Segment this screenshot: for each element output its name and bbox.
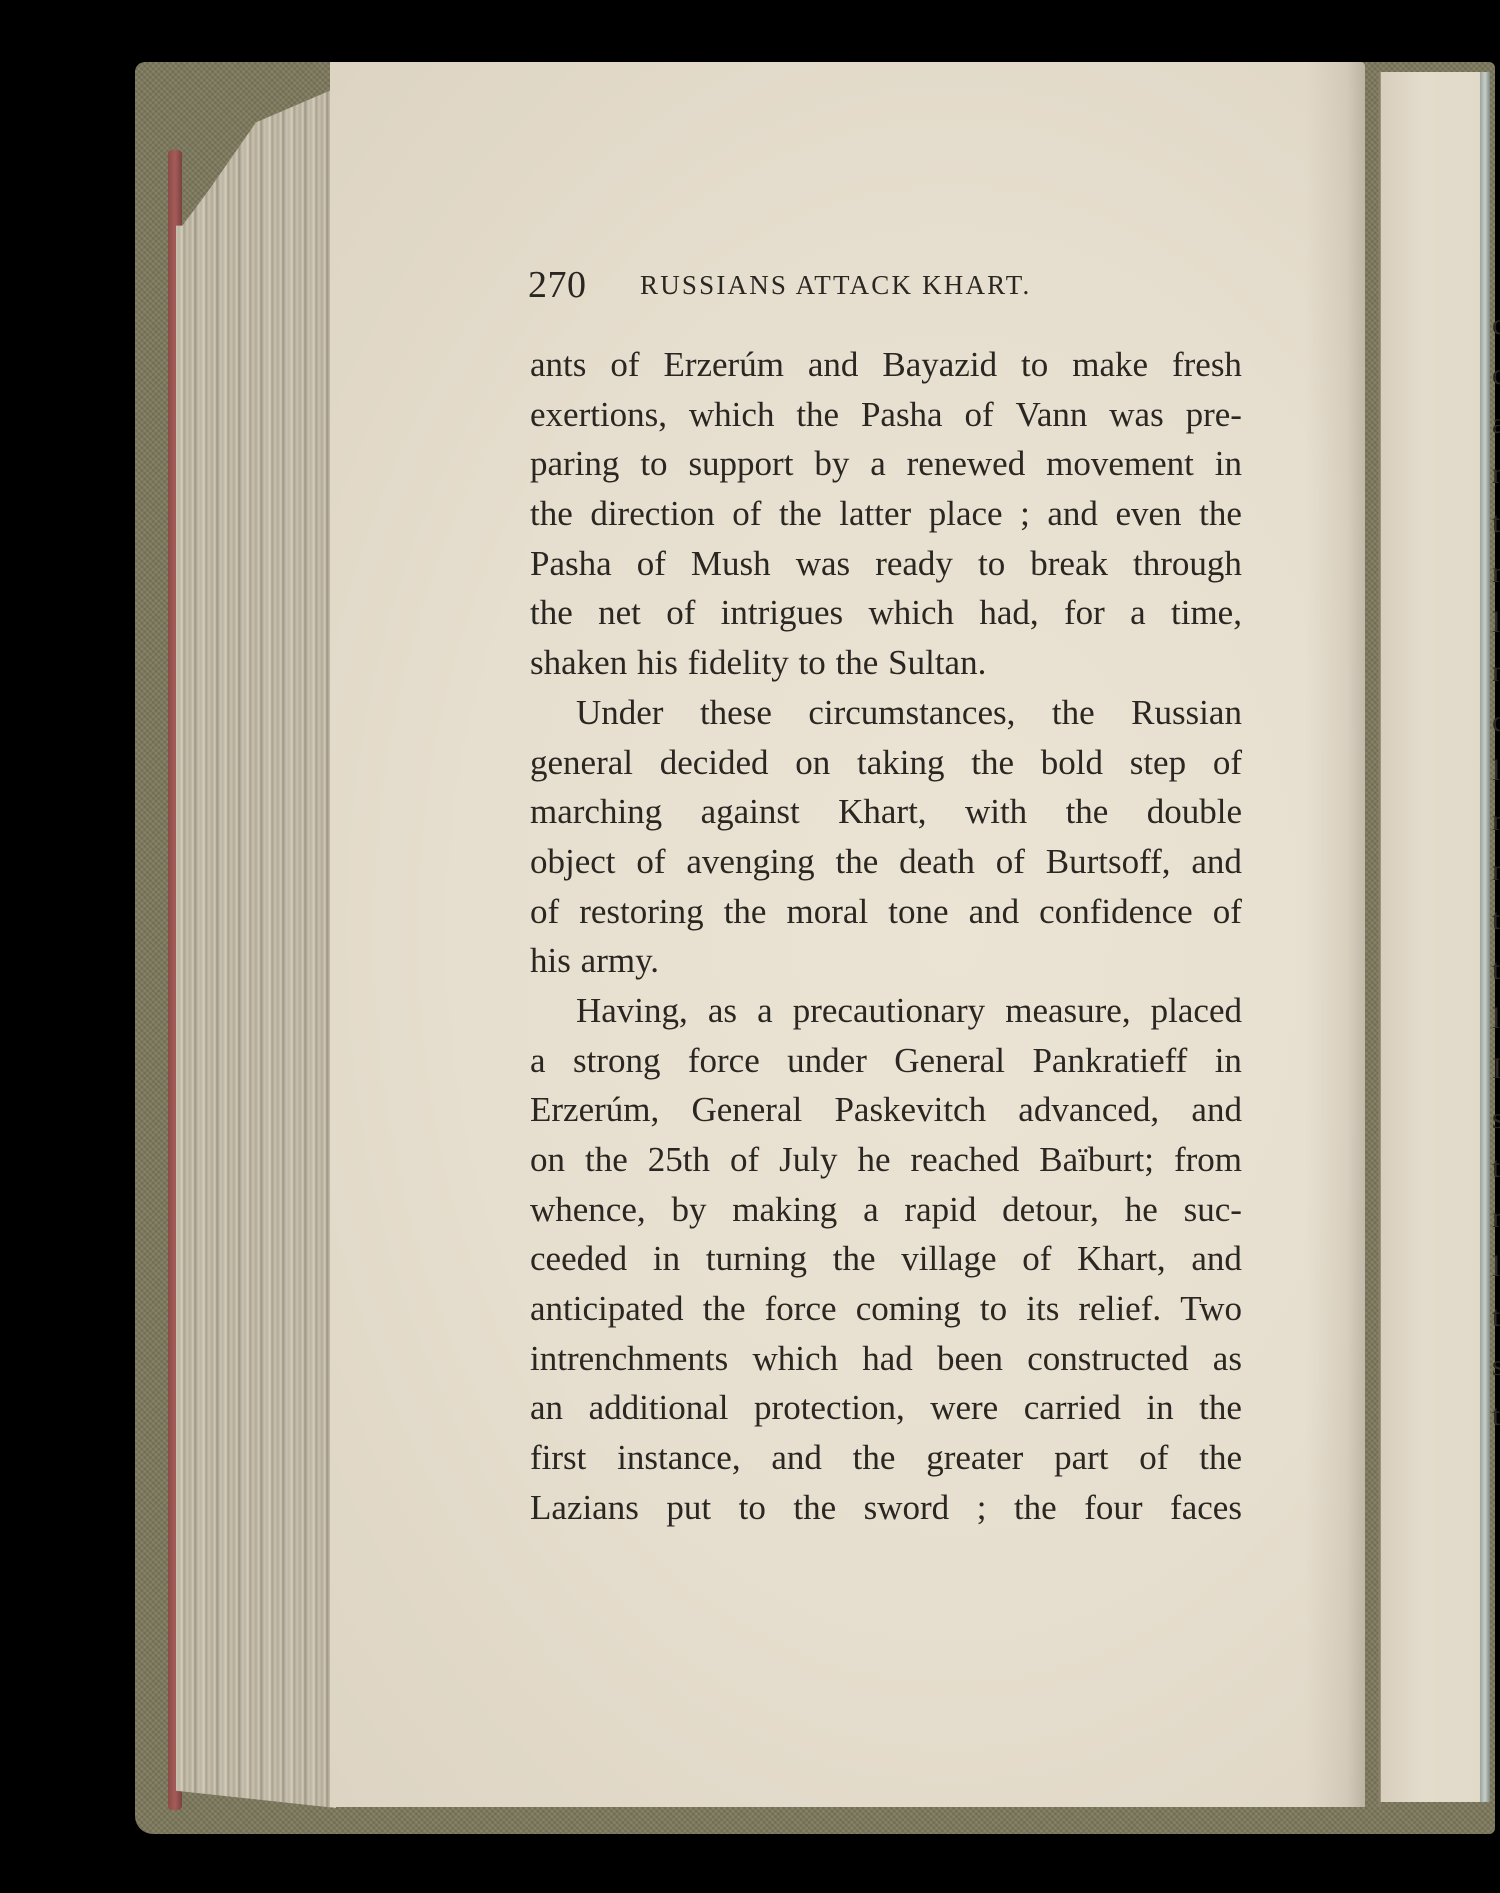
right-page-edge: [1480, 72, 1490, 1802]
text-line: antsofErzerúmandBayazidtomakefresh: [530, 340, 1242, 390]
text-line: shakenhisfidelitytotheSultan.: [530, 638, 1242, 688]
text-line: onthe25thofJulyhereachedBaïburt;from: [530, 1135, 1242, 1185]
paragraph: antsofErzerúmandBayazidtomakefreshexerti…: [530, 340, 1242, 688]
text-line: Erzerúm,GeneralPaskevitchadvanced,and: [530, 1085, 1242, 1135]
text-line: astrongforceunderGeneralPankratieffin: [530, 1036, 1242, 1086]
chapter-running-title: RUSSIANS ATTACK KHART.: [640, 270, 1031, 301]
text-line: thenetofintrigueswhichhad,foratime,: [530, 588, 1242, 638]
text-line: firstinstance,andthegreaterpartofthe: [530, 1433, 1242, 1483]
text-line: Underthesecircumstances,theRussian: [530, 688, 1242, 738]
text-line: exertions,whichthePashaofVannwaspre-: [530, 390, 1242, 440]
text-line: intrenchmentswhichhadbeenconstructedas: [530, 1334, 1242, 1384]
gutter-crease: [1378, 72, 1381, 1807]
gutter-shadow: [1305, 62, 1365, 1807]
right-page: [1380, 72, 1484, 1802]
text-line: whence,bymakingarapiddetour,hesuc-: [530, 1185, 1242, 1235]
text-line: anadditionalprotection,werecarriedinthe: [530, 1383, 1242, 1433]
text-line: ceededinturningthevillageofKhart,and: [530, 1234, 1242, 1284]
text-line: hisarmy.: [530, 936, 1242, 986]
text-line: paringtosupportbyarenewedmovementin: [530, 439, 1242, 489]
text-line: objectofavengingthedeathofBurtsoff,and: [530, 837, 1242, 887]
facing-page-text-fragments: c c a r t r l n c l r n t t l I s t r l …: [1492, 300, 1500, 1441]
text-line: Having,asaprecautionarymeasure,placed: [530, 986, 1242, 1036]
page-number: 270: [528, 263, 587, 307]
text-line: PashaofMushwasreadytobreakthrough: [530, 539, 1242, 589]
text-line: thedirectionofthelatterplace;andeventhe: [530, 489, 1242, 539]
text-line: anticipatedtheforcecomingtoitsrelief.Two: [530, 1284, 1242, 1334]
text-line: generaldecidedontakingtheboldstepof: [530, 738, 1242, 788]
paragraph: Having,asaprecautionarymeasure,placedast…: [530, 986, 1242, 1533]
text-line: ofrestoringthemoraltoneandconfidenceof: [530, 887, 1242, 937]
body-text: antsofErzerúmandBayazidtomakefreshexerti…: [530, 340, 1242, 1533]
page-block-edges: [176, 88, 336, 1808]
paragraph: Underthesecircumstances,theRussiangenera…: [530, 688, 1242, 986]
text-line: marchingagainstKhart,withthedouble: [530, 787, 1242, 837]
running-head: 270 RUSSIANS ATTACK KHART.: [528, 263, 1248, 313]
text-line: Laziansputtothesword;thefourfaces: [530, 1483, 1242, 1533]
